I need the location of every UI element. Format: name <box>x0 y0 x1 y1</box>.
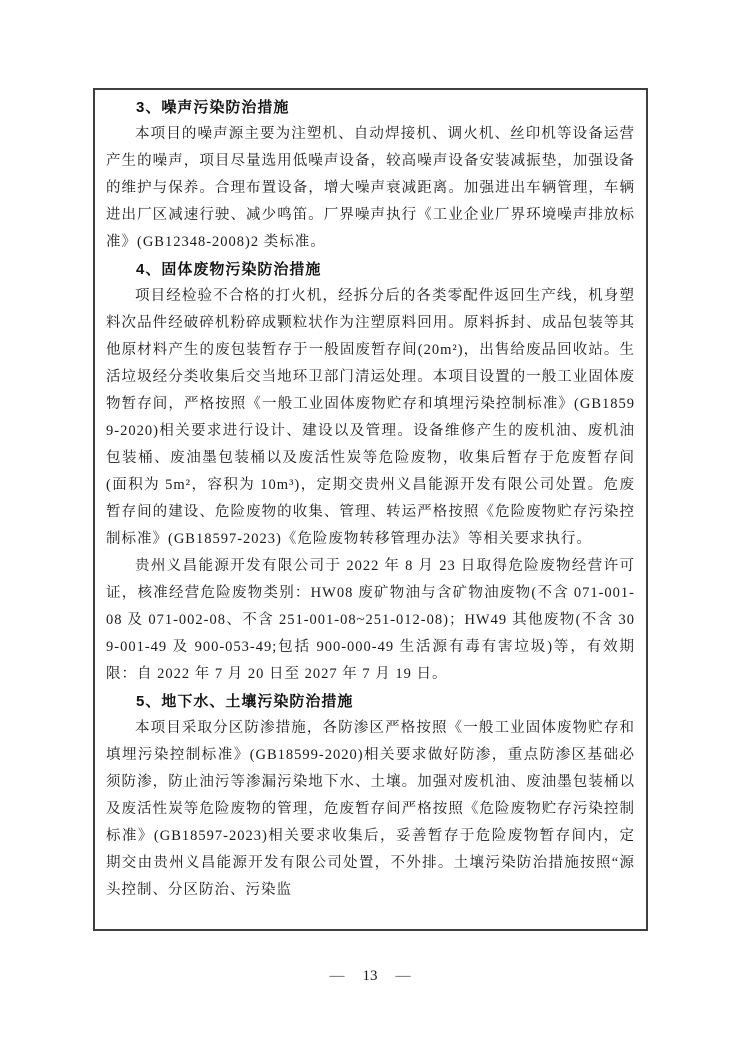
page-number: 13 <box>363 968 378 985</box>
page-footer: — 13 — <box>0 968 740 985</box>
document-page: 3、噪声污染防治措施 本项目的噪声源主要为注塑机、自动焊接机、调火机、丝印机等设… <box>0 0 740 1046</box>
footer-dash-left: — <box>330 968 345 985</box>
section-heading-groundwater-soil-control: 5、地下水、土壤污染防治措施 <box>106 688 635 715</box>
paragraph-groundwater-soil-measures: 本项目采取分区防渗措施，各防渗区严格按照《一般工业固体废物贮存和填埋污染控制标准… <box>106 715 635 904</box>
paragraph-solid-waste-measures: 项目经检验不合格的打火机，经拆分后的各类零配件返回生产线，机身塑料次品件经破碎机… <box>106 283 635 553</box>
section-heading-noise-control: 3、噪声污染防治措施 <box>106 94 635 121</box>
paragraph-noise-control: 本项目的噪声源主要为注塑机、自动焊接机、调火机、丝印机等设备运营产生的噪声，项目… <box>106 121 635 256</box>
footer-dash-right: — <box>396 968 411 985</box>
section-heading-solid-waste-control: 4、固体废物污染防治措施 <box>106 256 635 283</box>
paragraph-hazardous-waste-license: 贵州义昌能源开发有限公司于 2022 年 8 月 23 日取得危险废物经营许可证… <box>106 553 635 688</box>
content-border-box: 3、噪声污染防治措施 本项目的噪声源主要为注塑机、自动焊接机、调火机、丝印机等设… <box>93 88 648 931</box>
